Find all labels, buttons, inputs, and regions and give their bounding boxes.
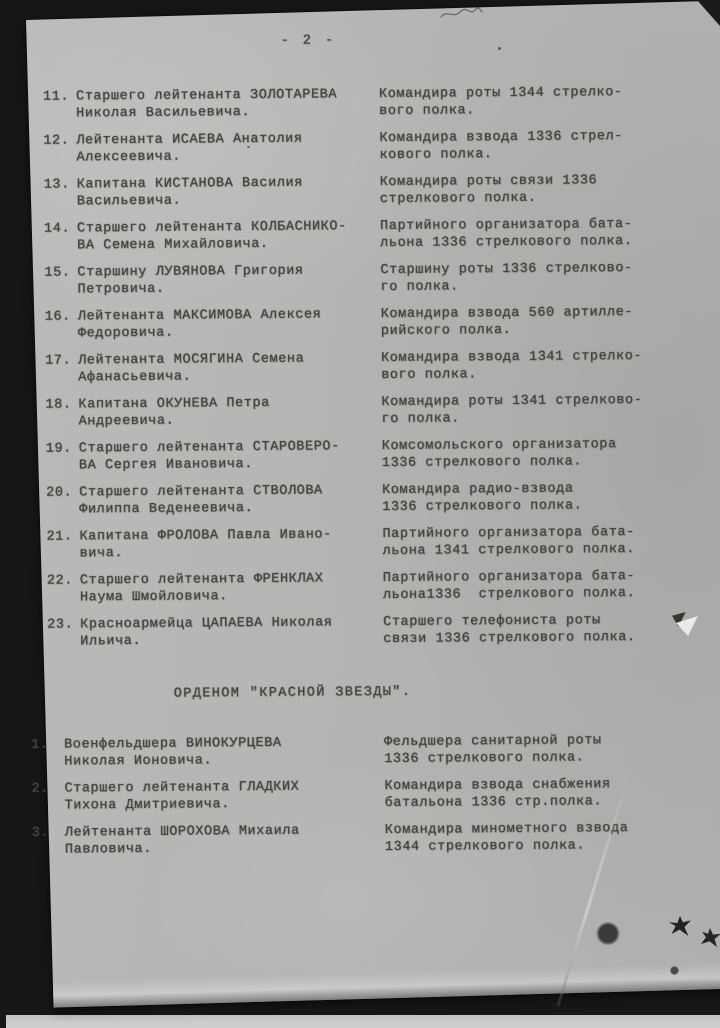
dust-speck — [498, 47, 501, 50]
recipient-name: Красноармейца ЦАПАЕВА Николая Ильича. — [80, 614, 383, 650]
recipient-name: Старшего лейтенанта ФРЕНКЛАХ Наума Шмойл… — [80, 570, 383, 606]
recipient-name: Лейтенанта ИСАЕВА Анатолия Алексеевича. — [76, 130, 379, 166]
entry-number: 1. — [31, 737, 64, 754]
entry-number: 20. — [46, 484, 79, 501]
award-entry: 16. Лейтенанта МАКСИМОВА Алексея Федоров… — [45, 303, 720, 343]
award-entry: 20. Старшего лейтенанта СТВОЛОВА Филиппа… — [46, 479, 720, 519]
recipient-name: Лейтенанта МАКСИМОВА Алексея Федоровича. — [78, 306, 381, 342]
position-text: Командира роты связи 1336 стрелкового по… — [380, 171, 720, 208]
award-entry: 21. Капитана ФРОЛОВА Павла Ивано- вича. … — [46, 523, 720, 563]
recipient-name: Старшего лейтенанта СТАРОВЕРО- ВА Сергея… — [79, 438, 382, 474]
pencil-mark — [438, 6, 484, 22]
position-text: Фельдшера санитарной роты 1336 стрелково… — [384, 731, 720, 768]
award-entry: 15. Старшину ЛУВЯНОВА Григория Петровича… — [44, 259, 720, 299]
entry-number: 11. — [43, 88, 76, 105]
scanner-bed — [6, 1015, 720, 1028]
position-text: Командира роты 1344 стрелко- вого полка. — [379, 83, 720, 120]
ink-blob — [596, 922, 620, 945]
section-heading-red-star: ОРДЕНОМ "КРАСНОЙ ЗВЕЗДЫ". — [174, 681, 720, 703]
document-page: - 2 - 11. Старшего лейтенанта ЗОЛОТАРЕВА… — [26, 0, 720, 1008]
entry-number: 23. — [47, 616, 80, 633]
position-text: Старшину роты 1336 стрелково- го полка. — [380, 259, 720, 296]
award-entry: 13. Капитана КИСТАНОВА Василия Васильеви… — [44, 171, 720, 211]
position-text: Старшего телефониста роты связи 1336 стр… — [383, 611, 720, 648]
recipient-name: Старшего лейтенанта ГЛАДКИХ Тихона Дмитр… — [64, 778, 384, 815]
entry-number: 12. — [43, 132, 76, 149]
recipient-name: Старшего лейтенанта КОЛБАСНИКО- ВА Семен… — [77, 218, 380, 254]
position-text: Командира взвода снабжения батальона 133… — [384, 775, 720, 812]
recipient-name: Капитана ФРОЛОВА Павла Ивано- вича. — [79, 526, 382, 562]
entry-number: 19. — [46, 440, 79, 457]
entry-number: 21. — [46, 528, 79, 545]
awards-list-continued: 11. Старшего лейтенанта ЗОЛОТАРЕВА Никол… — [43, 83, 720, 651]
award-entry: 12. Лейтенанта ИСАЕВА Анатолия Алексееви… — [43, 127, 720, 167]
entry-number: 13. — [44, 176, 77, 193]
recipient-name: Военфельдшера ВИНОКУРЦЕВА Николая Ионови… — [64, 734, 384, 771]
recipient-name: Старшину ЛУВЯНОВА Григория Петровича. — [77, 262, 380, 298]
position-text: Командира взвода 1336 стрел- кового полк… — [379, 127, 720, 164]
entry-number: 17. — [45, 352, 78, 369]
award-entry: 22. Старшего лейтенанта ФРЕНКЛАХ Наума Ш… — [47, 567, 720, 607]
ink-dot — [670, 966, 679, 975]
recipient-name: Лейтенанта МОСЯГИНА Семена Афанасьевича. — [78, 350, 381, 386]
award-entry: 19. Старшего лейтенанта СТАРОВЕРО- ВА Се… — [46, 435, 720, 475]
entry-number: 2. — [31, 781, 64, 798]
award-entry: 14. Старшего лейтенанта КОЛБАСНИКО- ВА С… — [44, 215, 720, 255]
recipient-name: Лейтенанта ШОРОХОВА Михаила Павловича. — [65, 822, 385, 859]
scan-background: - 2 - 11. Старшего лейтенанта ЗОЛОТАРЕВА… — [0, 0, 720, 1028]
recipient-name: Старшего лейтенанта СТВОЛОВА Филиппа Вед… — [79, 482, 382, 518]
recipient-name: Старшего лейтенанта ЗОЛОТАРЕВА Николая В… — [76, 86, 379, 122]
position-text: Командира радио-взвода 1336 стрелкового … — [382, 479, 720, 516]
position-text: Командира минометного взвода 1344 стрелк… — [385, 819, 720, 856]
award-entry: 18. Капитана ОКУНЕВА Петра Андреевича. К… — [45, 391, 720, 431]
position-text: Командира роты 1341 стрелково- го полка. — [381, 391, 720, 428]
dust-speck — [247, 146, 250, 148]
entry-number: 22. — [47, 572, 80, 589]
award-entry: 3. Лейтенанта ШОРОХОВА Михаила Павловича… — [32, 819, 720, 859]
award-entry: 1. Военфельдшера ВИНОКУРЦЕВА Николая Ион… — [31, 731, 720, 771]
recipient-name: Капитана КИСТАНОВА Василия Васильевича. — [77, 174, 380, 210]
entry-number: 18. — [45, 396, 78, 413]
entry-number: 15. — [44, 264, 77, 281]
position-text: Командира взвода 560 артилле- рийского п… — [381, 303, 720, 340]
entry-number: 3. — [32, 825, 65, 842]
paper-tear — [672, 612, 698, 636]
entry-number: 14. — [44, 220, 77, 237]
position-text: Партийного организатора бата- льона 1336… — [380, 215, 720, 252]
red-star-awards-list: 1. Военфельдшера ВИНОКУРЦЕВА Николая Ион… — [31, 731, 720, 859]
position-text: Комсомольского организатора 1336 стрелко… — [382, 435, 720, 472]
award-entry: 23. Красноармейца ЦАПАЕВА Николая Ильича… — [47, 611, 720, 651]
recipient-name: Капитана ОКУНЕВА Петра Андреевича. — [78, 394, 381, 430]
award-entry: 11. Старшего лейтенанта ЗОЛОТАРЕВА Никол… — [43, 83, 720, 123]
award-entry: 17. Лейтенанта МОСЯГИНА Семена Афанасьев… — [45, 347, 720, 387]
position-text: Командира взвода 1341 стрелко- вого полк… — [381, 347, 720, 384]
position-text: Партийного организатора бата- льона1336 … — [383, 567, 720, 604]
entry-number: 16. — [45, 308, 78, 325]
position-text: Партийного организатора бата- льона 1341… — [382, 523, 720, 560]
page-content: - 2 - 11. Старшего лейтенанта ЗОЛОТАРЕВА… — [26, 13, 720, 1007]
